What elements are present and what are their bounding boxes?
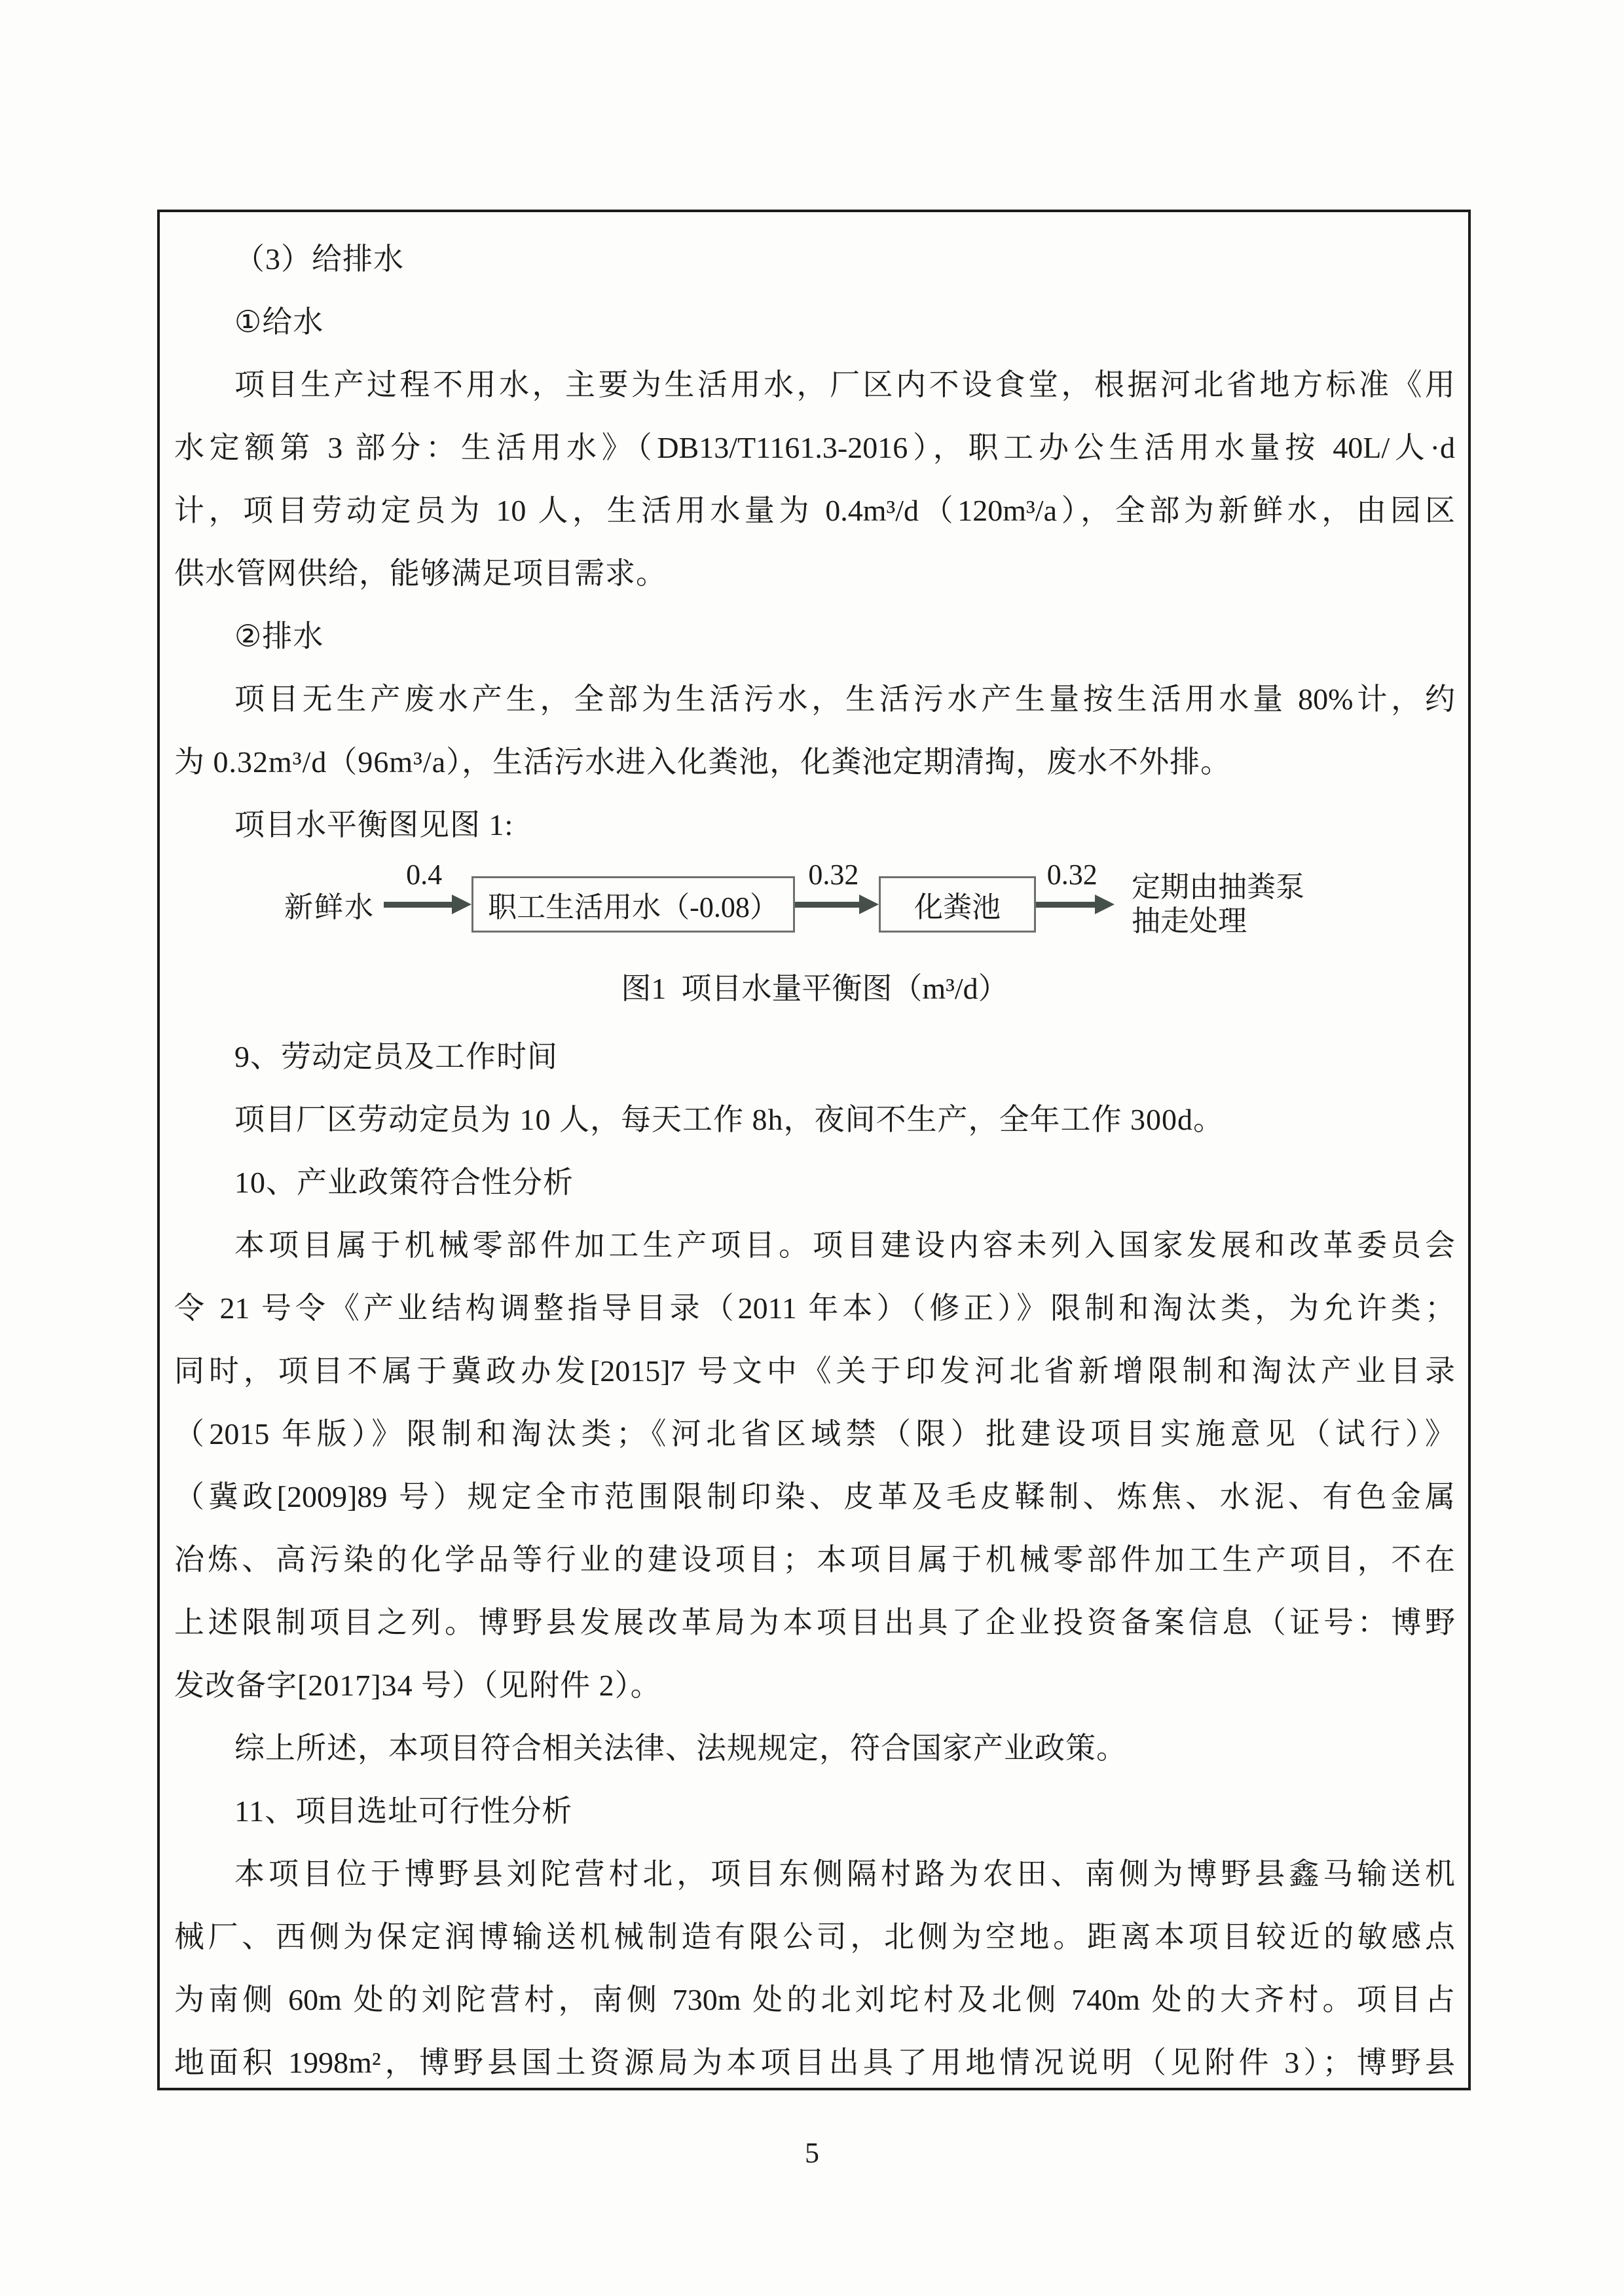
flow-value: 0.4 <box>406 861 442 889</box>
flow-value: 0.32 <box>808 861 858 889</box>
paragraph-line: 上述限制项目之列。博野县发展改革局为本项目出具了企业投资备案信息（证号：博野 <box>174 1591 1455 1654</box>
figure-intro-line: 项目水平衡图见图 1: <box>174 794 1455 857</box>
diagram-box-staff-domestic-water: 职工生活用水（-0.08） <box>471 876 795 933</box>
flow-arrow-icon: 0.32 <box>1036 863 1115 946</box>
paragraph-line: 供水管网供给，能够满足项目需求。 <box>174 542 1455 605</box>
heading-water-supply-drainage: （3）给排水 <box>174 228 1455 291</box>
heading-industrial-policy: 10、产业政策符合性分析 <box>174 1151 1455 1214</box>
paragraph-line: 同时，项目不属于冀政办发[2015]7 号文中《关于印发河北省新增限制和淘汰产业… <box>174 1340 1455 1403</box>
diagram-end-label-line1: 定期由抽粪泵 <box>1132 870 1304 904</box>
paragraph-line: 令 21 号令《产业结构调整指导目录（2011 年本）（修正）》限制和淘汰类，为… <box>174 1277 1455 1340</box>
paragraph-line: 项目无生产废水产生，全部为生活污水，生活污水产生量按生活用水量 80%计，约 <box>174 668 1455 731</box>
diagram-end-label: 定期由抽粪泵 抽走处理 <box>1132 870 1304 938</box>
paragraph-line: 械厂、西侧为保定润博输送机械制造有限公司，北侧为空地。距离本项目较近的敏感点 <box>174 1906 1455 1969</box>
paragraph-line: 综上所述，本项目符合相关法律、法规规定，符合国家产业政策。 <box>174 1717 1455 1780</box>
diagram-end-label-line2: 抽走处理 <box>1132 904 1304 938</box>
paragraph-line: 计，项目劳动定员为 10 人，生活用水量为 0.4m³/d（120m³/a），全… <box>174 479 1455 542</box>
diagram-source-label: 新鲜水 <box>284 883 375 925</box>
paragraph-line: 冶炼、高污染的化学品等行业的建设项目；本项目属于机械零部件加工生产项目，不在 <box>174 1528 1455 1591</box>
paragraph-line: （2015 年版）》限制和淘汰类；《河北省区域禁（限）批建设项目实施意见（试行）… <box>174 1403 1455 1466</box>
paragraph-line: 地面积 1998m²，博野县国土资源局为本项目出具了用地情况说明（见附件 3）；… <box>174 2031 1455 2090</box>
page-number: 5 <box>0 2134 1624 2173</box>
flow-arrow-icon: 0.32 <box>795 863 879 946</box>
water-balance-diagram: 新鲜水 0.4 职工生活用水（-0.08） 0.32 化粪池 0.32 定期由抽… <box>284 863 1455 946</box>
paragraph-line: 项目生产过程不用水，主要为生活用水，厂区内不设食堂，根据河北省地方标准《用 <box>174 354 1455 417</box>
paragraph-line: 发改备字[2017]34 号）（见附件 2）。 <box>174 1654 1455 1717</box>
flow-value: 0.32 <box>1047 861 1098 889</box>
spacer <box>174 1016 1455 1026</box>
paragraph-line: 为 0.32m³/d（96m³/a），生活污水进入化粪池，化粪池定期清掏，废水不… <box>174 731 1455 794</box>
paragraph-line: 水定额第 3 部分：生活用水》（DB13/T1161.3-2016），职工办公生… <box>174 417 1455 479</box>
paragraph-line: 本项目属于机械零部件加工生产项目。项目建设内容未列入国家发展和改革委员会 <box>174 1214 1455 1277</box>
paragraph-line: 项目厂区劳动定员为 10 人，每天工作 8h，夜间不生产，全年工作 300d。 <box>174 1088 1455 1151</box>
paragraph-line: 为南侧 60m 处的刘陀营村，南侧 730m 处的北刘坨村及北侧 740m 处的… <box>174 1969 1455 2031</box>
subheading-water-supply: ①给水 <box>174 291 1455 354</box>
scanned-document-page: { "document": { "lines": [ "（3）给排水", "①给… <box>0 0 1624 2296</box>
diagram-box-septic-tank: 化粪池 <box>879 876 1036 933</box>
report-form-cell: （3）给排水 ①给水 项目生产过程不用水，主要为生活用水，厂区内不设食堂，根据河… <box>157 210 1471 2090</box>
heading-staffing-work-hours: 9、劳动定员及工作时间 <box>174 1026 1455 1088</box>
figure-caption: 图1 项目水量平衡图（m³/d） <box>174 961 1455 1016</box>
heading-site-selection: 11、项目选址可行性分析 <box>174 1780 1455 1843</box>
flow-arrow-icon: 0.4 <box>384 863 471 946</box>
paragraph-line: （冀政[2009]89 号）规定全市范围限制印染、皮革及毛皮鞣制、炼焦、水泥、有… <box>174 1466 1455 1528</box>
subheading-drainage: ②排水 <box>174 605 1455 668</box>
paragraph-line: 本项目位于博野县刘陀营村北，项目东侧隔村路为农田、南侧为博野县鑫马输送机 <box>174 1843 1455 1906</box>
